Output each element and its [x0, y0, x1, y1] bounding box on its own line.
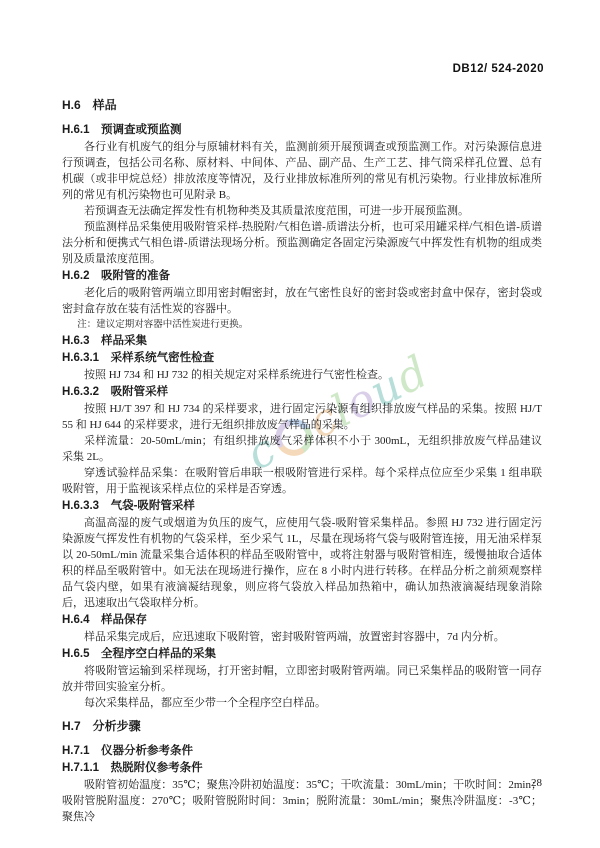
clause-heading: H.6 样品	[62, 97, 542, 113]
clause-heading: H.6.1 预调查或预监测	[62, 122, 542, 138]
page-number: 28	[531, 777, 542, 789]
clause-heading: H.6.3 样品采集	[62, 333, 542, 349]
paragraph: 若预调查无法确定挥发性有机物种类及其质量浓度范围，可进一步开展预监测。	[62, 203, 542, 219]
clause-heading: H.7 分析步骤	[62, 718, 542, 734]
clause-heading: H.6.3.3 气袋-吸附管采样	[62, 498, 542, 514]
paragraph: 将吸附管运输到采样现场，打开密封帽，立即密封吸附管两端。同已采集样品的吸附管一同…	[62, 663, 542, 695]
paragraph: 采样流量：20-50mL/min；有组织排放废气采样体积不小于 300mL，无组…	[62, 433, 542, 465]
paragraph: 样品采集完成后，应迅速取下吸附管，密封吸附管两端，放置密封容器中，7d 内分析。	[62, 629, 542, 645]
paragraph: 各行业有机废气的组分与原辅材料有关，监测前须开展预调查或预监测工作。对污染源信息…	[62, 139, 542, 203]
clause-heading: H.6.4 样品保存	[62, 612, 542, 628]
paragraph: 每次采集样品，都应至少带一个全程序空白样品。	[62, 695, 542, 711]
paragraph: 预监测样品采集使用吸附管采样-热脱附/气相色谱-质谱法分析，也可采用罐采样/气相…	[62, 219, 542, 267]
paragraph: 穿透试验样品采集：在吸附管后串联一根吸附管进行采样。每个采样点位应至少采集 1 …	[62, 465, 542, 497]
clause-heading: H.6.3.1 采样系统气密性检查	[62, 350, 542, 366]
clause-heading: H.6.5 全程序空白样品的采集	[62, 646, 542, 662]
note-text: 注：建议定期对容器中活性炭进行更换。	[62, 318, 542, 332]
document-page: DB12/ 524-2020 ccloud H.6 样品H.6.1 预调查或预监…	[0, 0, 600, 848]
paragraph: 按照 HJ 734 和 HJ 732 的相关规定对采样系统进行气密性检查。	[62, 367, 542, 383]
clause-heading: H.6.3.2 吸附管采样	[62, 384, 542, 400]
paragraph: 按照 HJ/T 397 和 HJ 734 的采样要求，进行固定污染源有组织排放废…	[62, 401, 542, 433]
clause-heading: H.7.1.1 热脱附仪参考条件	[62, 760, 542, 776]
paragraph: 吸附管初始温度：35℃；聚焦冷阱初始温度：35℃；干吹流量：30mL/min；干…	[62, 777, 542, 825]
document-body: H.6 样品H.6.1 预调查或预监测各行业有机废气的组分与原辅材料有关，监测前…	[62, 90, 542, 825]
paragraph: 高温高湿的废气或烟道为负压的废气，应使用气袋-吸附管采集样品。参照 HJ 732…	[62, 515, 542, 611]
paragraph: 老化后的吸附管两端立即用密封帽密封，放在气密性良好的密封袋或密封盒中保存，密封袋…	[62, 285, 542, 317]
clause-heading: H.6.2 吸附管的准备	[62, 268, 542, 284]
standard-number-header: DB12/ 524-2020	[453, 63, 544, 75]
clause-heading: H.7.1 仪器分析参考条件	[62, 743, 542, 759]
